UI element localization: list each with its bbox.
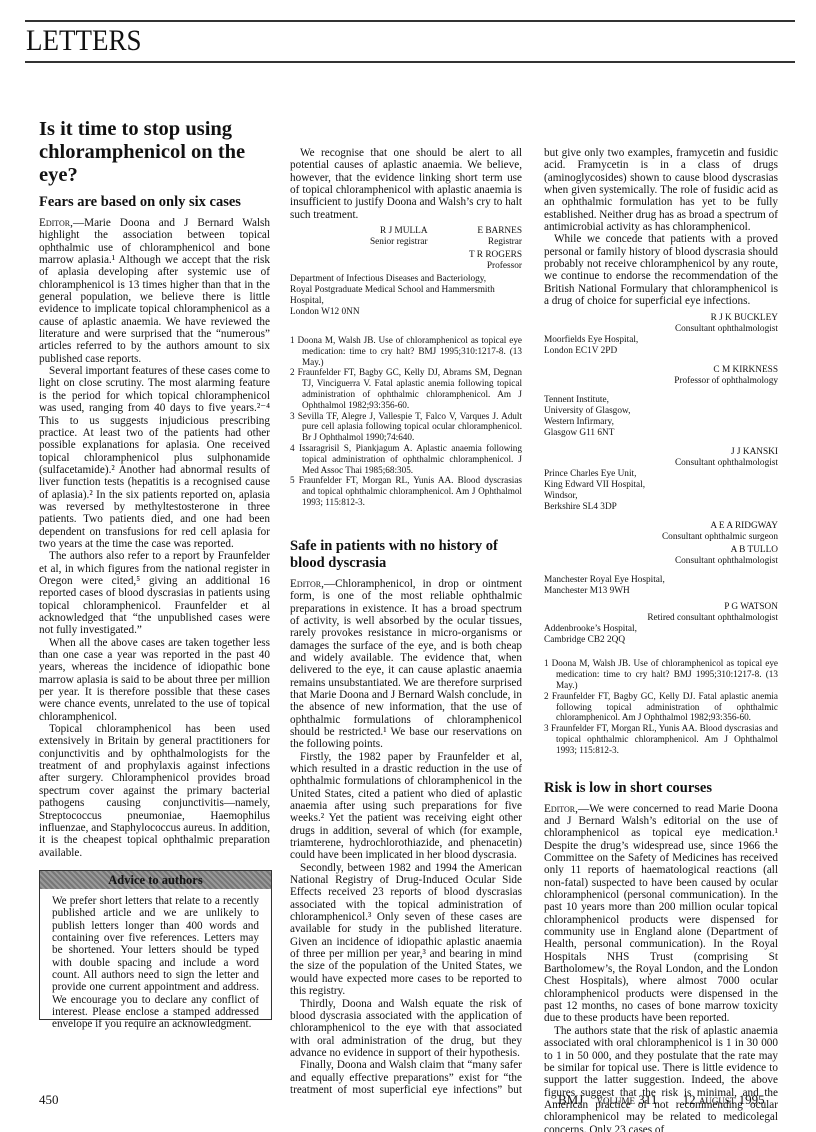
- volume-number: 311: [638, 1092, 657, 1107]
- article2-paragraph: Thirdly, Doona and Walsh equate the risk…: [290, 998, 522, 1060]
- signatory-role: Consultant ophthalmologist: [544, 556, 778, 567]
- advice-to-authors-box: Advice to authors We prefer short letter…: [39, 870, 272, 1020]
- reference-item: 2 Fraunfelder FT, Bagby GC, Kelly DJ, Ab…: [290, 367, 522, 410]
- article1-references: 1 Doona M, Walsh JB. Use of chlorampheni…: [290, 335, 522, 508]
- article1-address: Department of Infectious Diseases and Ba…: [290, 274, 522, 318]
- article1-body: Editor,—Marie Doona and J Bernard Walsh …: [39, 217, 270, 859]
- signatory-name: E Barnes: [477, 226, 522, 237]
- article1-paragraph: When all the above cases are taken toget…: [39, 637, 270, 723]
- top-rule: [25, 20, 795, 22]
- signatory-role: Retired consultant ophthalmologist: [544, 613, 778, 624]
- article2-body: Editor,—Chloramphenicol, in drop or oint…: [290, 578, 522, 1096]
- volume-label: volume: [597, 1092, 636, 1107]
- reference-item: 3 Fraunfelder FT, Morgan RL, Yunis AA. B…: [544, 723, 778, 755]
- signatory-name: J J Kanski: [544, 447, 778, 458]
- article2-paragraph: While we concede that patients with a pr…: [544, 233, 778, 307]
- article1-paragraph: Topical chloramphenicol has been used ex…: [39, 723, 270, 859]
- article2-paragraph: Editor,—Chloramphenicol, in drop or oint…: [290, 578, 522, 751]
- article2-paragraph-continued: but give only two examples, framycetin a…: [544, 147, 778, 233]
- article2-paragraph: Secondly, between 1982 and 1994 the Amer…: [290, 862, 522, 998]
- reference-item: 5 Fraunfelder FT, Morgan RL, Yunis AA. B…: [290, 475, 522, 507]
- signatory-role: Professor of ophthalmology: [544, 376, 778, 387]
- advice-box-text: We prefer short letters that relate to a…: [40, 889, 271, 1037]
- signatory-name: R J Mulla: [370, 226, 428, 237]
- signatory-name: T R Rogers: [290, 250, 522, 261]
- signatory-role: Consultant ophthalmologist: [544, 458, 778, 469]
- reference-item: 3 Sevilla TF, Alegre J, Vallespie T, Fal…: [290, 411, 522, 443]
- reference-item: 1 Doona M, Walsh JB. Use of chlorampheni…: [544, 658, 778, 690]
- article1-paragraph: The authors also refer to a report by Fr…: [39, 550, 270, 636]
- signatory-role: Professor: [290, 261, 522, 272]
- article-title: Is it time to stop using chloramphenicol…: [39, 118, 270, 187]
- article1-paragraph: Several important features of these case…: [39, 365, 270, 550]
- advice-box-title: Advice to authors: [40, 871, 271, 889]
- article1-paragraph: We recognise that one should be alert to…: [290, 147, 522, 221]
- article1-signatures: R J Mulla Senior registrar E Barnes Regi…: [290, 226, 522, 272]
- signatory-name: C M Kirkness: [544, 365, 778, 376]
- article2-paragraph: Finally, Doona and Walsh claim that “man…: [290, 1059, 522, 1096]
- article3-paragraph: Editor,—We were concerned to read Marie …: [544, 803, 778, 1025]
- article3-subtitle: Risk is low in short courses: [544, 780, 778, 797]
- article2-subtitle: Safe in patients with no history of bloo…: [290, 538, 522, 572]
- reference-item: 2 Fraunfelder FT, Bagby GC, Kelly DJ. Fa…: [544, 691, 778, 723]
- article3-paragraph: The authors state that the risk of aplas…: [544, 1025, 778, 1132]
- signatory-name: A E A Ridgway: [544, 521, 778, 532]
- header-bottom-rule: [25, 61, 795, 63]
- signatory-name: A B Tullo: [544, 545, 778, 556]
- signatory-role: Registrar: [477, 237, 522, 248]
- signatory-role: Consultant ophthalmic surgeon: [544, 532, 778, 543]
- reference-item: 4 Issaragrisil S, Piankjagum A. Aplastic…: [290, 443, 522, 475]
- reference-item: 1 Doona M, Walsh JB. Use of chlorampheni…: [290, 335, 522, 367]
- article3-body: Editor,—We were concerned to read Marie …: [544, 803, 778, 1132]
- article1-paragraph: Editor,—Marie Doona and J Bernard Walsh …: [39, 217, 270, 365]
- signatory-role: Consultant ophthalmologist: [544, 324, 778, 335]
- page-number: 450: [39, 1092, 59, 1108]
- issue-date: 12 august 1995: [683, 1092, 765, 1107]
- signatory-name: P G Watson: [544, 602, 778, 613]
- column-2: We recognise that one should be alert to…: [290, 147, 522, 1096]
- article2-signatures: R J K Buckley Consultant ophthalmologist…: [544, 313, 778, 646]
- signatory-name: R J K Buckley: [544, 313, 778, 324]
- column-1: Is it time to stop using chloramphenicol…: [39, 118, 270, 859]
- section-title: LETTERS: [26, 24, 141, 58]
- signatory-role: Senior registrar: [370, 237, 428, 248]
- article2-paragraph: Firstly, the 1982 paper by Fraunfelder e…: [290, 751, 522, 862]
- journal-footer: BMJ volume 311 12 august 1995: [558, 1092, 765, 1108]
- column-3: but give only two examples, framycetin a…: [544, 147, 778, 1132]
- article1-subtitle: Fears are based on only six cases: [39, 194, 270, 211]
- journal-name: BMJ: [558, 1092, 583, 1107]
- article2-references: 1 Doona M, Walsh JB. Use of chlorampheni…: [544, 658, 778, 755]
